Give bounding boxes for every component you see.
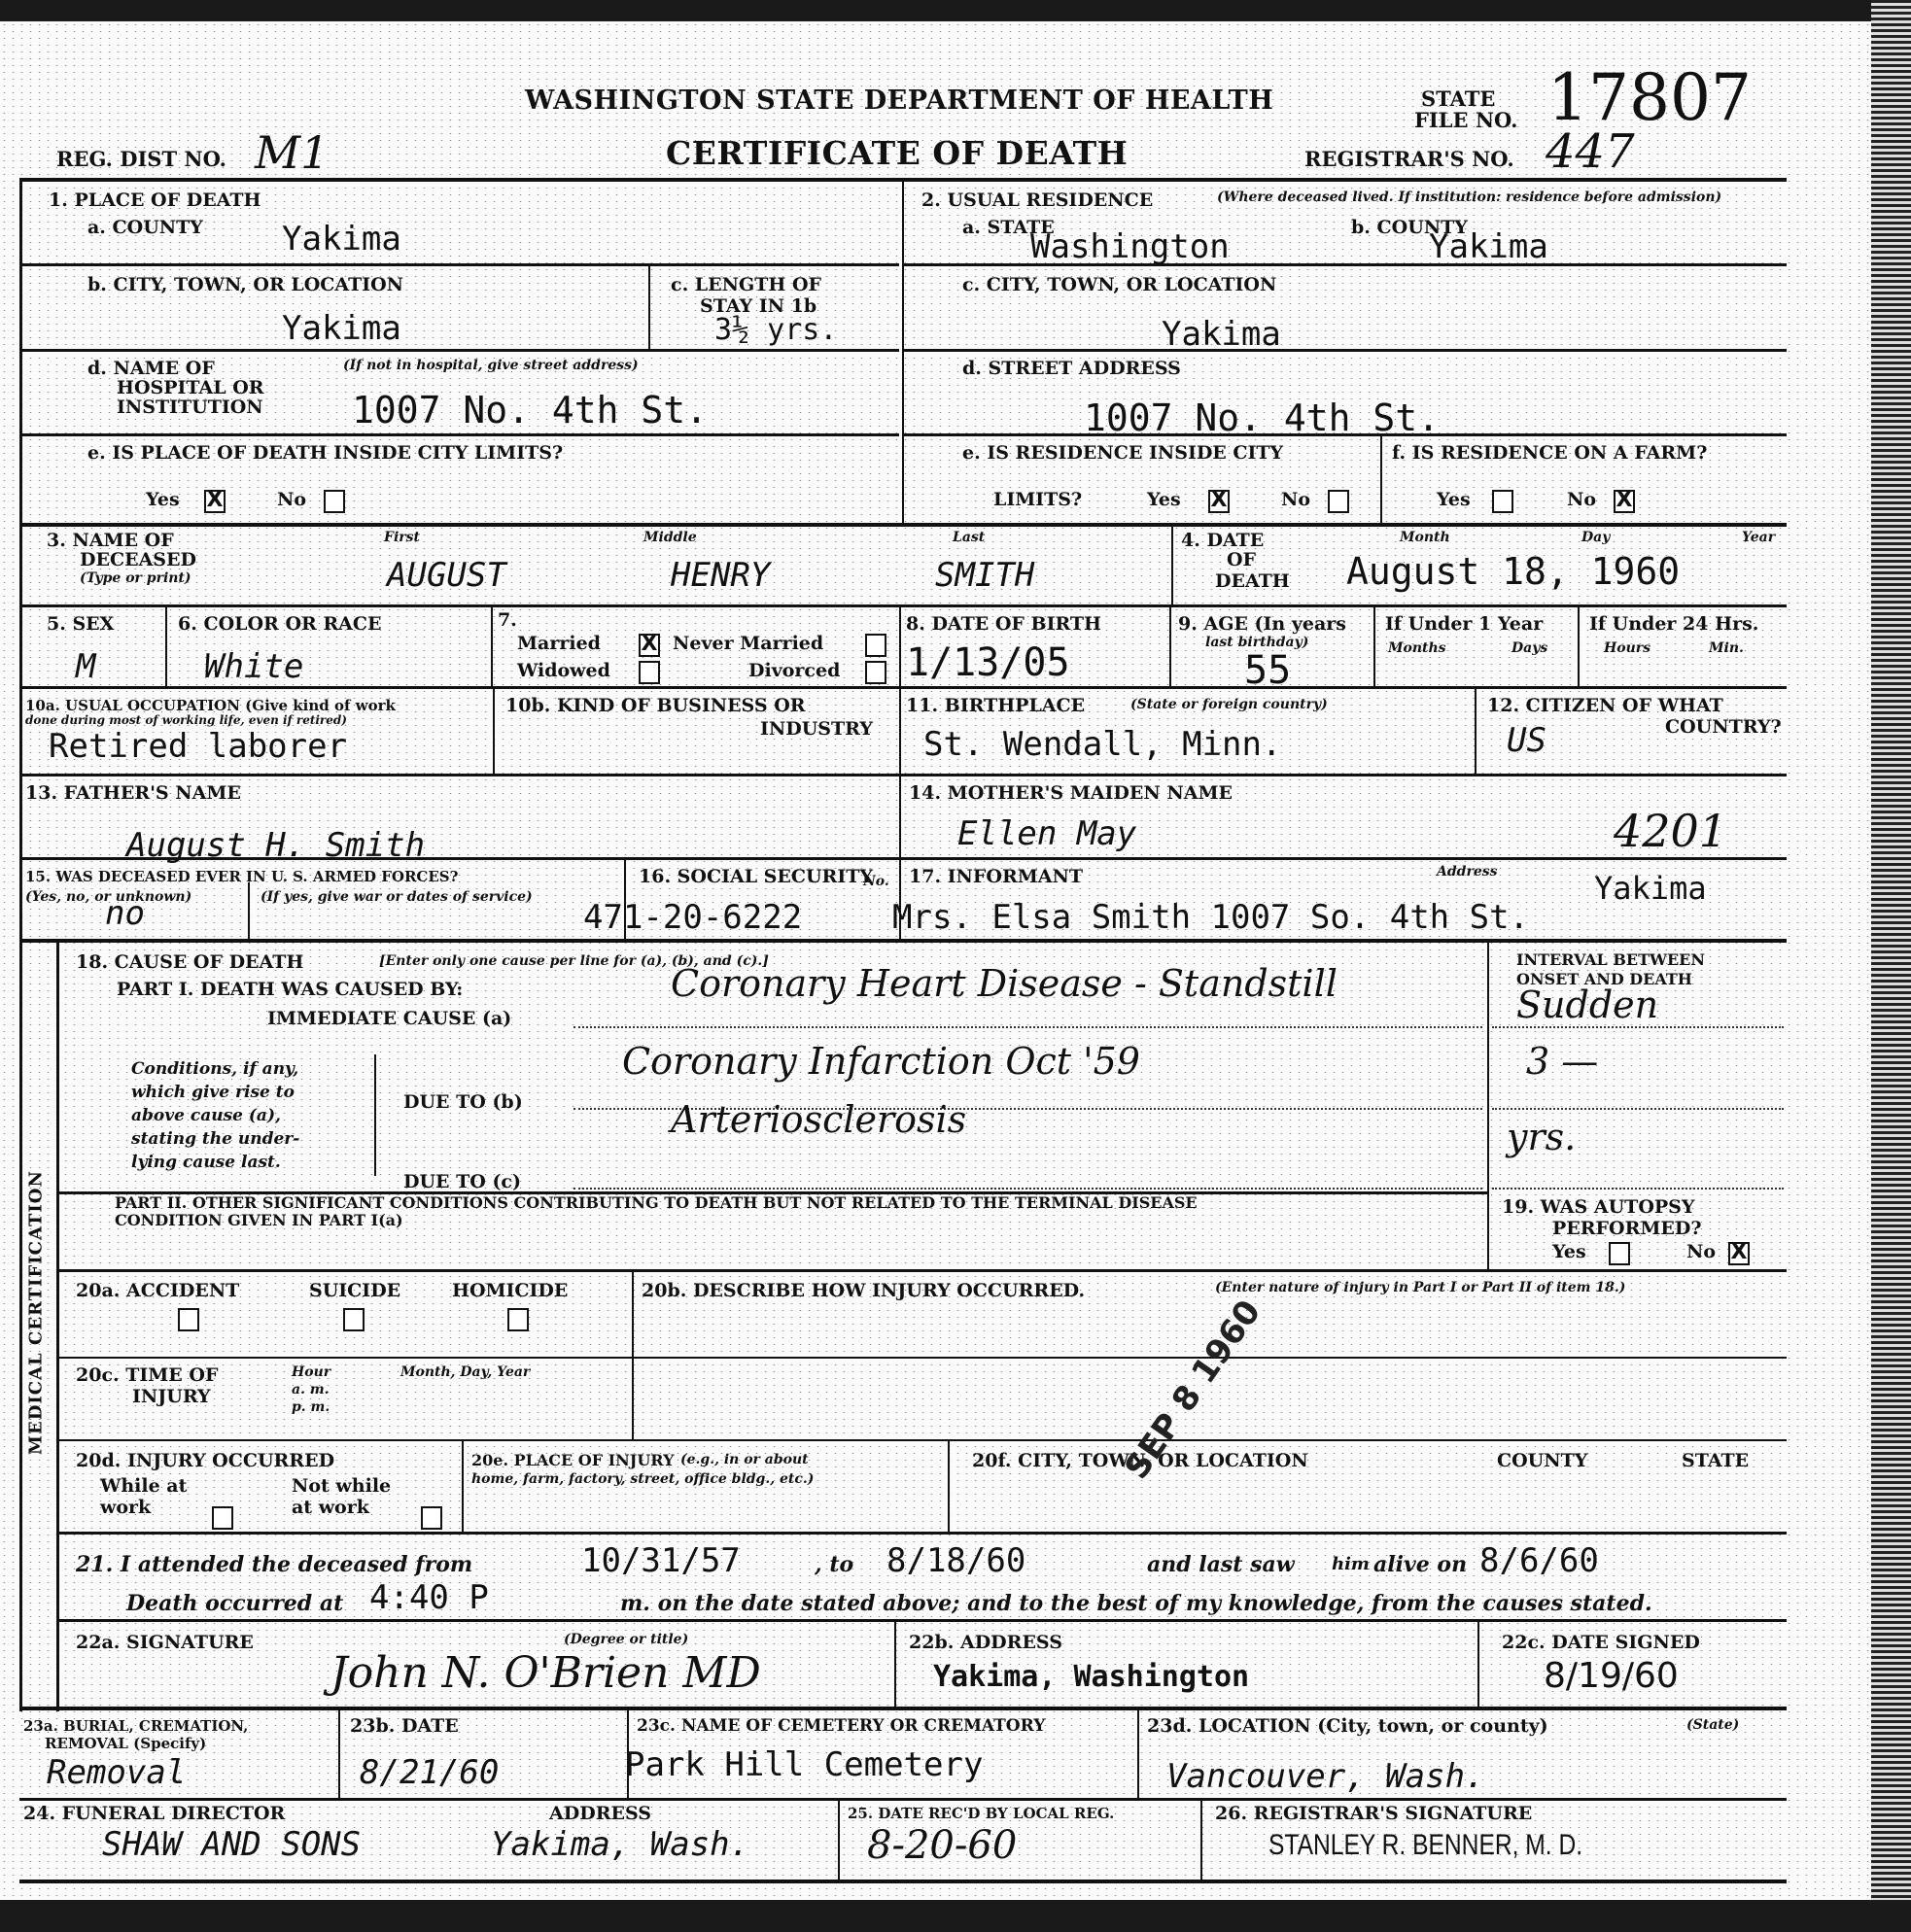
divider <box>21 774 1787 776</box>
divider <box>648 263 650 349</box>
signature-label: 22a. SIGNATURE <box>76 1633 254 1652</box>
due-to-b-continued[interactable]: Arteriosclerosis <box>671 1098 966 1141</box>
no-label: No <box>277 490 306 509</box>
day-label: Day <box>1581 531 1610 545</box>
suicide-checkbox[interactable] <box>343 1308 365 1331</box>
part2-label-2: CONDITION GIVEN IN PART I(a) <box>115 1211 403 1230</box>
conditions-text-2: which give rise to <box>131 1081 295 1104</box>
describe-injury-label: 20b. DESCRIBE HOW INJURY OCCURRED. <box>642 1281 1085 1300</box>
place-of-injury-label: 20e. PLACE OF INJURY <box>471 1451 675 1470</box>
divider <box>58 1619 1787 1622</box>
date-signed-label: 22c. DATE SIGNED <box>1502 1633 1700 1652</box>
divorced-label: Divorced <box>748 661 840 680</box>
res-inside-label-1: e. IS RESIDENCE INSIDE CITY <box>962 443 1283 463</box>
scan-bottom-edge <box>0 1900 1911 1932</box>
to-label: , to <box>815 1553 853 1576</box>
res-city-label: c. CITY, TOWN, OR LOCATION <box>962 275 1276 294</box>
marital-num: 7. <box>498 610 517 630</box>
armed-forces-label: 15. WAS DECEASED EVER IN U. S. ARMED FOR… <box>25 867 458 886</box>
last-name-field[interactable]: SMITH <box>935 558 1034 593</box>
divider <box>493 686 495 774</box>
min-label: Min. <box>1709 641 1744 656</box>
scan-top-edge <box>0 0 1911 21</box>
sex-label: 5. SEX <box>47 614 114 634</box>
funeral-director-field[interactable]: SHAW AND SONS <box>102 1827 361 1862</box>
medical-certification-side-label: MEDICAL CERTIFICATION <box>21 1147 51 1487</box>
race-label: 6. COLOR OR RACE <box>178 614 382 634</box>
sex-field[interactable]: M <box>76 649 95 684</box>
divider <box>1477 1619 1479 1707</box>
registrar-no-label: REGISTRAR'S NO. <box>1304 150 1514 169</box>
age-label-1: 9. AGE (In years <box>1178 614 1346 634</box>
birthplace-field[interactable]: St. Wendall, Minn. <box>923 727 1281 762</box>
divider <box>21 263 899 266</box>
autopsy-label-2: PERFORMED? <box>1552 1219 1702 1238</box>
homicide-checkbox[interactable] <box>507 1308 529 1331</box>
divider <box>1137 1708 1139 1798</box>
cemetery-label: 23c. NAME OF CEMETERY OR CREMATORY <box>637 1716 1045 1736</box>
burial-state-label: (State) <box>1686 1718 1739 1733</box>
widowed-checkbox[interactable] <box>639 661 660 684</box>
divider <box>904 349 1787 352</box>
divider <box>1578 604 1580 686</box>
certificate-title: CERTIFICATE OF DEATH <box>666 134 1128 172</box>
accident-checkbox[interactable] <box>178 1308 199 1331</box>
usual-residence-label: 2. USUAL RESIDENCE <box>921 190 1153 210</box>
citizen-label-1: 12. CITIZEN OF WHAT <box>1487 696 1723 715</box>
divider <box>21 523 1787 527</box>
res-state-field[interactable]: Washington <box>1030 229 1230 264</box>
divider <box>904 433 1787 436</box>
autopsy-yes-checkbox[interactable] <box>1609 1242 1630 1265</box>
divider <box>462 1439 464 1532</box>
farm-no-label: No <box>1567 490 1596 509</box>
last-name-label: Last <box>953 531 985 545</box>
interval-label-1: INTERVAL BETWEEN <box>1516 950 1705 970</box>
res-yes-label: Yes <box>1147 490 1181 509</box>
degree-label: (Degree or title) <box>564 1633 688 1647</box>
age-field[interactable]: 55 <box>1244 653 1291 688</box>
mother-annotation: 4201 <box>1614 805 1727 857</box>
occupation-hint: done during most of working life, even i… <box>25 713 347 728</box>
dotted-line <box>573 1026 1482 1028</box>
farm-yes-checkbox[interactable] <box>1492 490 1513 513</box>
accident-label: 20a. ACCIDENT <box>76 1281 239 1300</box>
date-signed-field[interactable]: 8/19/60 <box>1544 1656 1679 1696</box>
inside-limits-yes-checkbox[interactable]: X <box>204 490 226 513</box>
funeral-director-label: 24. FUNERAL DIRECTOR <box>23 1804 285 1823</box>
death-city-field[interactable]: Yakima <box>282 311 401 346</box>
res-inside-yes-checkbox[interactable]: X <box>1208 490 1230 513</box>
middle-name-field[interactable]: HENRY <box>671 558 770 593</box>
place-of-death-label: 1. PLACE OF DEATH <box>49 190 261 210</box>
under-1-year-label: If Under 1 Year <box>1385 614 1543 634</box>
first-name-label: First <box>384 531 420 545</box>
while-work-label-2: work <box>100 1498 151 1517</box>
pronoun-field[interactable]: him <box>1332 1557 1370 1571</box>
married-checkbox[interactable]: X <box>639 634 660 657</box>
county-label: a. COUNTY <box>87 218 203 237</box>
interval-b-field[interactable]: 3 — <box>1526 1040 1598 1083</box>
time-of-injury-label-1: 20c. TIME OF <box>76 1365 218 1385</box>
state-file-label-1: STATE <box>1421 89 1495 109</box>
divider <box>1169 604 1171 686</box>
hour-label-3: p. m. <box>292 1400 330 1415</box>
dotted-line <box>1492 1188 1784 1190</box>
informant-field[interactable]: Mrs. Elsa Smith 1007 So. 4th St. <box>892 900 1529 935</box>
divider <box>21 686 1787 689</box>
hospital-hint: (If not in hospital, give street address… <box>343 359 639 373</box>
hours-label: Hours <box>1604 641 1650 656</box>
death-occurred-tail: m. on the date stated above; and to the … <box>620 1592 1652 1615</box>
attended-from-field[interactable]: 10/31/57 <box>581 1543 741 1578</box>
informant-address-label: Address <box>1437 865 1498 880</box>
divider <box>632 1269 634 1439</box>
mother-label: 14. MOTHER'S MAIDEN NAME <box>909 783 1233 803</box>
divider <box>1475 686 1477 774</box>
ss-label: 16. SOCIAL SECURITY <box>639 867 873 886</box>
farm-yes-label: Yes <box>1437 490 1471 509</box>
burial-type-label-1: 23a. BURIAL, CREMATION, <box>23 1716 248 1736</box>
business-label-2: INDUSTRY <box>760 719 873 739</box>
never-married-label: Never Married <box>673 634 823 653</box>
divider <box>21 433 899 436</box>
res-inside-label-2: LIMITS? <box>993 490 1082 509</box>
res-no-label: No <box>1281 490 1310 509</box>
attended-label: 21. I attended the deceased from <box>76 1553 472 1576</box>
divider <box>58 1532 1787 1535</box>
not-work-label-2: at work <box>292 1498 369 1517</box>
burial-date-label: 23b. DATE <box>350 1716 459 1736</box>
hospital-label-3: INSTITUTION <box>117 397 263 417</box>
first-name-field[interactable]: AUGUST <box>387 558 506 593</box>
dotted-line <box>1492 1108 1784 1110</box>
business-label-1: 10b. KIND OF BUSINESS OR <box>505 696 806 715</box>
dod-label-1: 4. DATE <box>1181 531 1264 550</box>
yes-label: Yes <box>146 490 180 509</box>
divider <box>58 1439 1787 1441</box>
armed-forces-field[interactable]: no <box>105 896 145 931</box>
divider <box>21 939 1787 943</box>
name-label-3: (Type or print) <box>80 571 191 586</box>
address-label: 22b. ADDRESS <box>909 1633 1062 1652</box>
registrar-signature-field: STANLEY R. BENNER, M. D. <box>1268 1829 1582 1862</box>
suicide-label: SUICIDE <box>309 1281 400 1300</box>
divider <box>21 857 1787 860</box>
conditions-text-1: Conditions, if any, <box>131 1057 298 1081</box>
married-label: Married <box>517 634 601 653</box>
inside-limits-no-checkbox[interactable] <box>324 490 345 513</box>
burial-location-label: 23d. LOCATION (City, town, or county) <box>1147 1716 1548 1736</box>
due-to-b-label: DUE TO (b) <box>403 1092 523 1112</box>
divider <box>19 1707 1787 1710</box>
hospital-label-2: HOSPITAL OR <box>117 378 264 397</box>
hospital-label-1: d. NAME OF <box>87 359 215 378</box>
farm-label: f. IS RESIDENCE ON A FARM? <box>1392 443 1707 463</box>
immediate-cause-field[interactable]: Coronary Heart Disease - Standstill <box>671 962 1338 1005</box>
divider <box>1200 1798 1202 1881</box>
citizen-field[interactable]: US <box>1507 723 1546 758</box>
director-address-field[interactable]: Yakima, Wash. <box>491 1827 749 1862</box>
dob-label: 8. DATE OF BIRTH <box>906 614 1101 634</box>
interval-a-field[interactable]: Sudden <box>1516 983 1658 1026</box>
res-inside-no-checkbox[interactable] <box>1328 490 1349 513</box>
burial-location-field[interactable]: Vancouver, Wash. <box>1166 1759 1485 1794</box>
informant-city-field[interactable]: Yakima <box>1594 871 1707 906</box>
hospital-field[interactable]: 1007 No. 4th St. <box>352 393 708 428</box>
immediate-cause-label: IMMEDIATE CAUSE (a) <box>267 1009 511 1028</box>
divider <box>19 1880 1787 1883</box>
divider <box>21 604 1787 607</box>
registrar-no-value: 447 <box>1546 124 1635 179</box>
month-day-year-label: Month, Day, Year <box>400 1365 530 1380</box>
stay-length-field[interactable]: 3½ yrs. <box>714 313 837 348</box>
name-label-2: DECEASED <box>80 550 196 569</box>
date-received-label: 25. DATE REC'D BY LOCAL REG. <box>848 1804 1114 1823</box>
cemetery-field[interactable]: Park Hill Cemetery <box>625 1747 983 1782</box>
stay-label-1: c. LENGTH OF <box>671 275 821 294</box>
autopsy-no-checkbox[interactable]: X <box>1728 1242 1750 1265</box>
burial-type-label-2: REMOVAL (Specify) <box>45 1734 206 1753</box>
reg-dist-value: M1 <box>255 126 329 179</box>
year-label: Year <box>1742 531 1775 545</box>
divider <box>1380 433 1382 523</box>
conditions-text-3: above cause (a), <box>131 1104 281 1127</box>
registrar-signature-label: 26. REGISTRAR'S SIGNATURE <box>1215 1804 1532 1823</box>
divider <box>58 1269 1787 1272</box>
usual-residence-hint: (Where deceased lived. If institution: r… <box>1217 190 1721 205</box>
director-address-label: ADDRESS <box>549 1804 651 1823</box>
divider <box>899 774 901 857</box>
not-work-label-1: Not while <box>292 1476 391 1496</box>
name-label-1: 3. NAME OF <box>47 531 174 550</box>
divider <box>56 939 59 1711</box>
divider <box>491 604 493 686</box>
place-of-injury-hint-1: (e.g., in or about <box>680 1453 809 1467</box>
under-24-hrs-label: If Under 24 Hrs. <box>1589 614 1758 634</box>
ss-no-label: No. <box>863 875 889 889</box>
farm-no-checkbox[interactable]: X <box>1614 490 1635 513</box>
month-label: Month <box>1400 531 1450 545</box>
cause-label: 18. CAUSE OF DEATH <box>76 952 303 972</box>
days-label: Days <box>1511 641 1547 656</box>
divider <box>19 1798 1787 1801</box>
describe-injury-hint: (Enter nature of injury in Part I or Par… <box>1215 1281 1625 1295</box>
time-of-injury-label-2: INJURY <box>132 1387 211 1406</box>
divider <box>58 1357 1787 1359</box>
burial-date-field[interactable]: 8/21/60 <box>360 1755 499 1790</box>
attended-to-field[interactable]: 8/18/60 <box>886 1543 1025 1578</box>
middle-name-label: Middle <box>643 531 697 545</box>
divider <box>899 604 901 686</box>
department-title: WASHINGTON STATE DEPARTMENT OF HEALTH <box>525 86 1273 116</box>
mother-name-field[interactable]: Ellen May <box>957 816 1136 851</box>
race-field[interactable]: White <box>204 649 303 684</box>
dob-field[interactable]: 1/13/05 <box>906 645 1070 680</box>
state-file-label-2: FILE NO. <box>1414 111 1517 130</box>
widowed-label: Widowed <box>517 661 610 680</box>
not-at-work-checkbox[interactable] <box>421 1506 442 1530</box>
injury-state-label: STATE <box>1682 1451 1749 1470</box>
divider <box>948 1439 950 1532</box>
homicide-label: HOMICIDE <box>452 1281 568 1300</box>
father-label: 13. FATHER'S NAME <box>25 783 241 803</box>
physician-address-field[interactable]: Yakima, Washington <box>933 1660 1249 1694</box>
res-county-field[interactable]: Yakima <box>1429 229 1548 264</box>
while-work-label-1: While at <box>100 1476 187 1496</box>
part1-label: PART I. DEATH WAS CAUSED BY: <box>117 980 463 999</box>
divider <box>1487 941 1489 1269</box>
burial-type-field[interactable]: Removal <box>47 1755 186 1790</box>
death-occurred-label: Death occurred at <box>126 1592 343 1615</box>
alive-on-label: alive on <box>1373 1553 1467 1576</box>
birthplace-label: 11. BIRTHPLACE <box>906 696 1085 715</box>
alive-on-field[interactable]: 8/6/60 <box>1479 1543 1599 1578</box>
social-security-field[interactable]: 471-20-6222 <box>583 900 802 935</box>
city-label: b. CITY, TOWN, OR LOCATION <box>87 275 403 294</box>
bracket <box>374 1054 376 1176</box>
birthplace-hint: (State or foreign country) <box>1130 698 1328 712</box>
reg-dist-label: REG. DIST NO. <box>56 150 226 169</box>
conditions-text-4: stating the under- <box>131 1127 299 1151</box>
divider <box>899 686 901 774</box>
occupation-field[interactable]: Retired laborer <box>49 729 347 764</box>
res-street-field[interactable]: 1007 No. 4th St. <box>1084 400 1440 435</box>
interval-c-field[interactable]: yrs. <box>1507 1116 1576 1158</box>
date-of-death-field[interactable]: August 18, 1960 <box>1346 554 1680 589</box>
due-to-c-label: DUE TO (c) <box>403 1172 521 1191</box>
res-street-label: d. STREET ADDRESS <box>962 359 1181 378</box>
divider <box>338 1708 340 1798</box>
injury-county-label: COUNTY <box>1497 1451 1587 1470</box>
divider <box>904 263 1787 266</box>
never-married-checkbox[interactable] <box>865 634 886 657</box>
divider <box>1171 525 1173 604</box>
conditions-text-5: lying cause last. <box>131 1151 281 1174</box>
hour-label-2: a. m. <box>292 1383 330 1397</box>
due-to-b-field[interactable]: Coronary Infarction Oct '59 <box>622 1040 1140 1083</box>
scan-right-edge <box>1871 0 1911 1932</box>
armed-hint-2: (If yes, give war or dates of service) <box>261 890 533 905</box>
hour-label-1: Hour <box>292 1365 330 1380</box>
divider <box>1373 604 1375 686</box>
place-of-injury-hint-2: home, farm, factory, street, office bldg… <box>471 1472 814 1487</box>
physician-signature: John N. O'Brien MD <box>330 1648 761 1698</box>
autopsy-label-1: 19. WAS AUTOPSY <box>1502 1197 1694 1217</box>
divorced-checkbox[interactable] <box>865 661 886 684</box>
inside-limits-label: e. IS PLACE OF DEATH INSIDE CITY LIMITS? <box>87 443 563 463</box>
dotted-line <box>1492 1026 1784 1028</box>
divider <box>838 1798 840 1881</box>
divider <box>165 604 167 686</box>
divider <box>21 349 899 352</box>
dod-label-3: DEATH <box>1215 571 1290 591</box>
injury-occurred-label: 20d. INJURY OCCURRED <box>76 1451 334 1470</box>
autopsy-no-label: No <box>1686 1242 1716 1261</box>
divider <box>894 1619 896 1707</box>
death-county-field[interactable]: Yakima <box>282 222 401 257</box>
dotted-line <box>573 1188 1482 1190</box>
divider <box>248 882 250 939</box>
occupation-label: 10a. USUAL OCCUPATION (Give kind of work <box>25 696 396 715</box>
informant-label: 17. INFORMANT <box>909 867 1083 886</box>
last-saw-label: and last saw <box>1147 1553 1295 1576</box>
citizen-label-2: COUNTRY? <box>1665 717 1782 737</box>
months-label: Months <box>1388 641 1446 656</box>
dod-label-2: OF <box>1227 550 1256 569</box>
death-time-field[interactable]: 4:40 P <box>369 1580 489 1615</box>
autopsy-yes-label: Yes <box>1552 1242 1586 1261</box>
date-received-field[interactable]: 8-20-60 <box>867 1823 1017 1868</box>
res-city-field[interactable]: Yakima <box>1162 317 1281 352</box>
part2-label-1: PART II. OTHER SIGNIFICANT CONDITIONS CO… <box>115 1193 1198 1213</box>
while-at-work-checkbox[interactable] <box>212 1506 233 1530</box>
